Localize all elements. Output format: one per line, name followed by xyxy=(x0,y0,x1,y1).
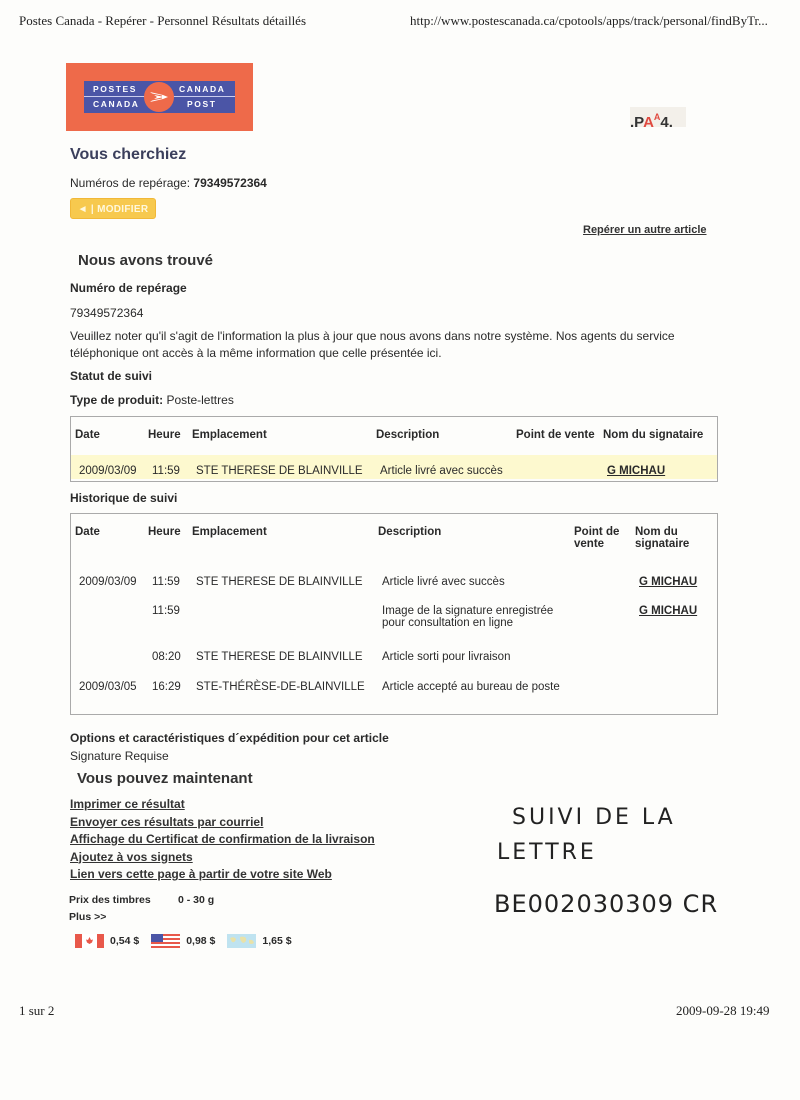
product-type: Type de produit: Poste-lettres xyxy=(70,393,234,407)
track-another-item-link[interactable]: Repérer un autre article xyxy=(583,224,707,236)
cell-location: STE THERESE DE BLAINVILLE xyxy=(192,465,376,489)
add-bookmark-link[interactable]: Ajoutez à vos signets xyxy=(70,849,375,867)
col-date: Date xyxy=(75,526,148,576)
canada-flag-icon xyxy=(75,934,104,948)
handwritten-note-line: BE002030309 CR xyxy=(494,890,718,918)
more-prices-link[interactable]: Plus >> xyxy=(69,911,106,923)
post-horn-icon xyxy=(144,82,174,112)
logo-text: POST xyxy=(187,99,217,109)
tracking-number-label: Numéro de repérage xyxy=(70,281,187,295)
col-time: Heure xyxy=(148,429,192,465)
usa-flag-icon xyxy=(151,934,180,948)
email-results-link[interactable]: Envoyer ces résultats par courriel xyxy=(70,814,375,832)
cell-date: 2009/03/05 xyxy=(75,681,148,721)
stamp-weight: 0 - 30 g xyxy=(178,894,214,906)
price-usa: 0,98 $ xyxy=(186,935,215,947)
table-row: 08:20STE THERESE DE BLAINVILLEArticle so… xyxy=(75,651,715,681)
cell-signatory xyxy=(635,681,715,721)
search-heading: Vous cherchiez xyxy=(70,146,186,164)
col-description: Description xyxy=(376,429,516,465)
logo-text: CANADA xyxy=(93,99,139,109)
col-date: Date xyxy=(75,429,148,465)
cell-outlet xyxy=(516,465,603,489)
actions-list: Imprimer ce résultat Envoyer ces résulta… xyxy=(70,796,375,884)
actions-heading: Vous pouvez maintenant xyxy=(77,770,253,787)
print-result-link[interactable]: Imprimer ce résultat xyxy=(70,796,375,814)
cell-location: STE THERESE DE BLAINVILLE xyxy=(192,576,378,605)
cell-location xyxy=(192,605,378,651)
cell-outlet xyxy=(574,651,635,681)
print-page-title: Postes Canada - Repérer - Personnel Résu… xyxy=(19,13,306,29)
cell-outlet xyxy=(574,576,635,605)
history-table: Date Heure Emplacement Description Point… xyxy=(70,513,718,715)
cell-time: 11:59 xyxy=(148,465,192,489)
logo-text: CANADA xyxy=(179,84,225,94)
cell-signatory[interactable]: G MICHAU xyxy=(603,465,713,489)
world-map-icon xyxy=(227,934,256,948)
cell-date xyxy=(75,605,148,651)
cell-signatory[interactable]: G MICHAU xyxy=(635,576,715,605)
stamp-price-row: 0,54 $ 0,98 $ 1,65 $ xyxy=(75,934,304,948)
cell-description: Article sorti pour livraison xyxy=(378,651,574,681)
cell-time: 11:59 xyxy=(148,605,192,651)
search-tracking-label: Numéros de repérage: xyxy=(70,176,190,190)
table-row: 2009/03/0516:29STE-THÉRÈSE-DE-BLAINVILLE… xyxy=(75,681,715,721)
cell-description: Image de la signature enregistrée pour c… xyxy=(378,605,574,651)
status-heading: Statut de suivi xyxy=(70,369,152,383)
col-outlet: Point de vente xyxy=(516,429,603,465)
table-row: 11:59Image de la signature enregistrée p… xyxy=(75,605,715,651)
delivery-certificate-link[interactable]: Affichage du Certificat de confirmation … xyxy=(70,831,375,849)
product-type-label: Type de produit: xyxy=(70,393,163,407)
link-to-page-link[interactable]: Lien vers cette page à partir de votre s… xyxy=(70,866,375,884)
product-type-value: Poste-lettres xyxy=(166,393,233,407)
print-page-number: 1 sur 2 xyxy=(19,1003,54,1019)
handwritten-note-line: LETTRE xyxy=(497,840,597,865)
col-time: Heure xyxy=(148,526,192,576)
cell-description: Article livré avec succès xyxy=(378,576,574,605)
cell-time: 16:29 xyxy=(148,681,192,721)
col-description: Description xyxy=(378,526,574,576)
cell-signatory xyxy=(635,651,715,681)
stamp-prices-label: Prix des timbres xyxy=(69,894,151,906)
cell-date xyxy=(75,651,148,681)
logo-band: POSTES CANADA CANADA POST xyxy=(84,81,235,113)
status-table: Date Heure Emplacement Description Point… xyxy=(70,416,718,482)
canada-post-logo[interactable]: POSTES CANADA CANADA POST xyxy=(66,63,253,131)
table-row: 2009/03/0911:59STE THERESE DE BLAINVILLE… xyxy=(75,465,713,489)
col-signatory: Nom du signataire xyxy=(603,429,713,465)
search-tracking-line: Numéros de repérage: 79349572364 xyxy=(70,176,267,190)
cell-outlet xyxy=(574,681,635,721)
cell-location: STE THERESE DE BLAINVILLE xyxy=(192,651,378,681)
logo-text: POSTES xyxy=(93,84,137,94)
print-page-url: http://www.postescanada.ca/cpotools/apps… xyxy=(410,13,768,29)
history-heading: Historique de suivi xyxy=(70,491,177,505)
table-row: 2009/03/0911:59STE THERESE DE BLAINVILLE… xyxy=(75,576,715,605)
col-location: Emplacement xyxy=(192,429,376,465)
cell-location: STE-THÉRÈSE-DE-BLAINVILLE xyxy=(192,681,378,721)
price-international: 1,65 $ xyxy=(262,935,291,947)
cell-date: 2009/03/09 xyxy=(75,465,148,489)
result-heading: Nous avons trouvé xyxy=(78,252,213,269)
cell-outlet xyxy=(574,605,635,651)
shipping-options-value: Signature Requise xyxy=(70,749,169,763)
cell-time: 08:20 xyxy=(148,651,192,681)
print-datetime: 2009-09-28 19:49 xyxy=(676,1003,770,1019)
handwritten-note-line: SUIVI DE LA xyxy=(512,805,676,830)
shipping-options-heading: Options et caractéristiques d´expédition… xyxy=(70,731,389,745)
col-location: Emplacement xyxy=(192,526,378,576)
modify-button[interactable]: ◄ | MODIFIER xyxy=(70,198,156,219)
col-signatory: Nom du signataire xyxy=(635,526,715,576)
page-stamp-mark: .PAA4. xyxy=(630,107,686,127)
cell-description: Article livré avec succès xyxy=(376,465,516,489)
info-notice: Veuillez noter qu'il s'agit de l'informa… xyxy=(70,328,710,362)
price-canada: 0,54 $ xyxy=(110,935,139,947)
col-outlet: Point de vente xyxy=(574,526,635,576)
cell-time: 11:59 xyxy=(148,576,192,605)
cell-signatory[interactable]: G MICHAU xyxy=(635,605,715,651)
cell-date: 2009/03/09 xyxy=(75,576,148,605)
tracking-number-value: 79349572364 xyxy=(70,306,143,320)
cell-description: Article accepté au bureau de poste xyxy=(378,681,574,721)
search-tracking-value: 79349572364 xyxy=(193,176,266,190)
